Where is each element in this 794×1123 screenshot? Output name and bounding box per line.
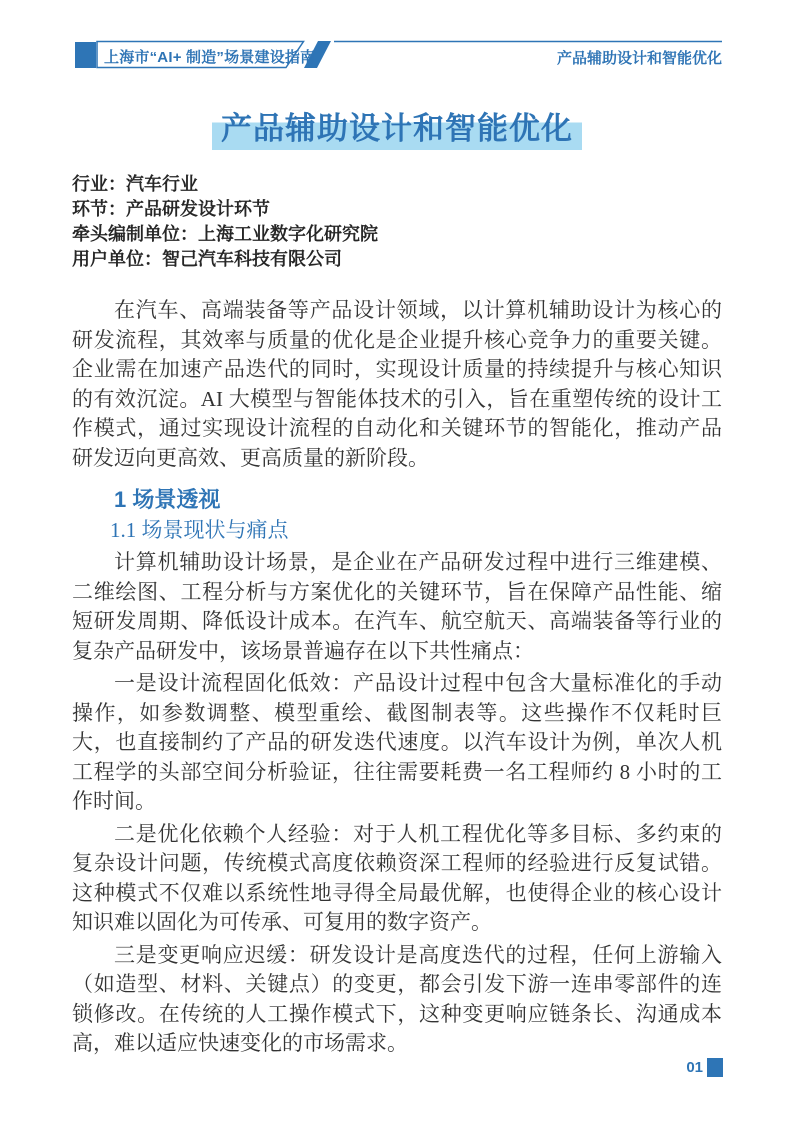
header-running-title: 产品辅助设计和智能优化 — [557, 47, 722, 68]
document-page: 上海市“AI+ 制造”场景建设指南 产品辅助设计和智能优化 产品辅助设计和智能优… — [0, 0, 794, 1123]
header-accent-square — [75, 42, 96, 68]
page-title-text: 产品辅助设计和智能优化 — [212, 108, 582, 150]
footer-accent-square — [707, 1058, 723, 1077]
body-paragraph: 三是变更响应迟缓：研发设计是高度迭代的过程，任何上游输入（如造型、材料、关键点）… — [72, 941, 722, 1059]
body-paragraph: 一是设计流程固化低效：产品设计过程中包含大量标准化的手动操作，如参数调整、模型重… — [72, 669, 722, 817]
page-title: 产品辅助设计和智能优化 — [0, 108, 794, 150]
document-body: 在汽车、高端装备等产品设计领域，以计算机辅助设计为核心的研发流程，其效率与质量的… — [72, 296, 722, 1059]
section-heading: 1 场景透视 — [114, 485, 722, 515]
meta-line-lead-unit: 牵头编制单位：上海工业数字化研究院 — [72, 222, 378, 247]
page-footer: 01 — [686, 1058, 723, 1077]
intro-paragraph: 在汽车、高端装备等产品设计领域，以计算机辅助设计为核心的研发流程，其效率与质量的… — [72, 296, 722, 473]
meta-line-industry: 行业：汽车行业 — [72, 172, 378, 197]
meta-line-stage: 环节：产品研发设计环节 — [72, 197, 378, 222]
header-rule-decoration — [0, 0, 794, 80]
meta-block: 行业：汽车行业 环节：产品研发设计环节 牵头编制单位：上海工业数字化研究院 用户… — [72, 172, 378, 272]
body-paragraph: 计算机辅助设计场景，是企业在产品研发过程中进行三维建模、二维绘图、工程分析与方案… — [72, 548, 722, 666]
header-guide-title: 上海市“AI+ 制造”场景建设指南 — [104, 46, 315, 67]
subsection-heading: 1.1 场景现状与痛点 — [110, 515, 722, 545]
body-paragraph: 二是优化依赖个人经验：对于人机工程优化等多目标、多约束的复杂设计问题，传统模式高… — [72, 820, 722, 938]
meta-line-user-unit: 用户单位：智己汽车科技有限公司 — [72, 247, 378, 272]
page-number: 01 — [686, 1059, 703, 1076]
